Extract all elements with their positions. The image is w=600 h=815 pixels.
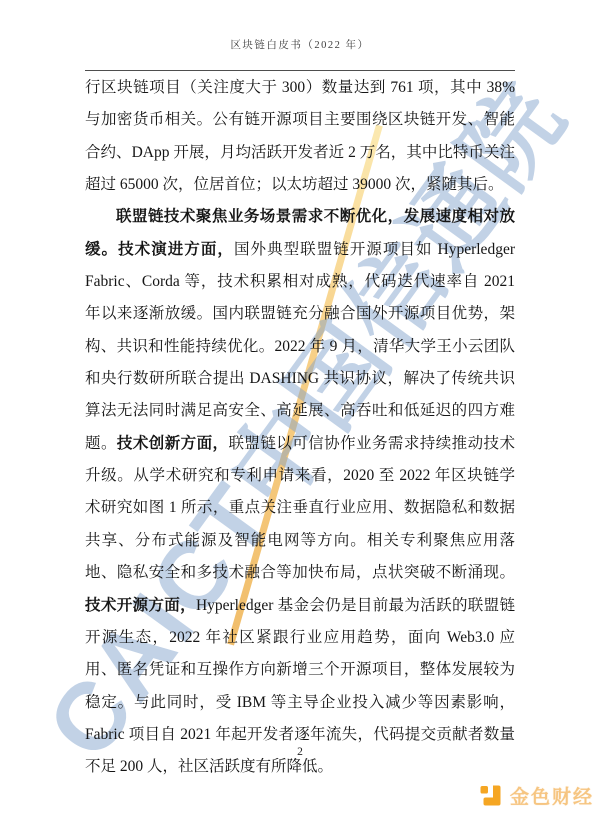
brand-name: 金色财经 [510,782,594,809]
emphasis-run: 技术开源方面， [85,597,196,614]
document-body: 行区块链项目（关注度大于 300）数量达到 761 项，其中 38%与加密货币相… [85,72,515,784]
page-number: 2 [0,746,600,758]
paragraph: 行区块链项目（关注度大于 300）数量达到 761 项，其中 38%与加密货币相… [85,72,515,201]
page-header-title: 区块链白皮书（2022 年） [0,37,600,52]
header-rule [85,70,515,71]
document-page: CAICT中国信通院 区块链白皮书（2022 年） 行区块链项目（关注度大于 3… [0,0,600,815]
text-run: 行区块链项目（关注度大于 300）数量达到 761 项，其中 38%与加密货币相… [85,79,515,193]
golden-finance-icon [479,783,504,808]
brand-badge: 金色财经 [479,782,594,809]
emphasis-run: 技术创新方面， [117,435,229,452]
paragraph: 联盟链技术聚焦业务场景需求不断优化，发展速度相对放缓。技术演进方面，国外典型联盟… [85,201,515,783]
text-run: 联盟链以可信协作业务需求持续推动技术升级。从学术研究和专利申请来看，2020 至… [85,435,515,581]
text-run: 国外典型联盟链开源项目如 Hyperledger Fabric、Corda 等，… [85,241,515,452]
